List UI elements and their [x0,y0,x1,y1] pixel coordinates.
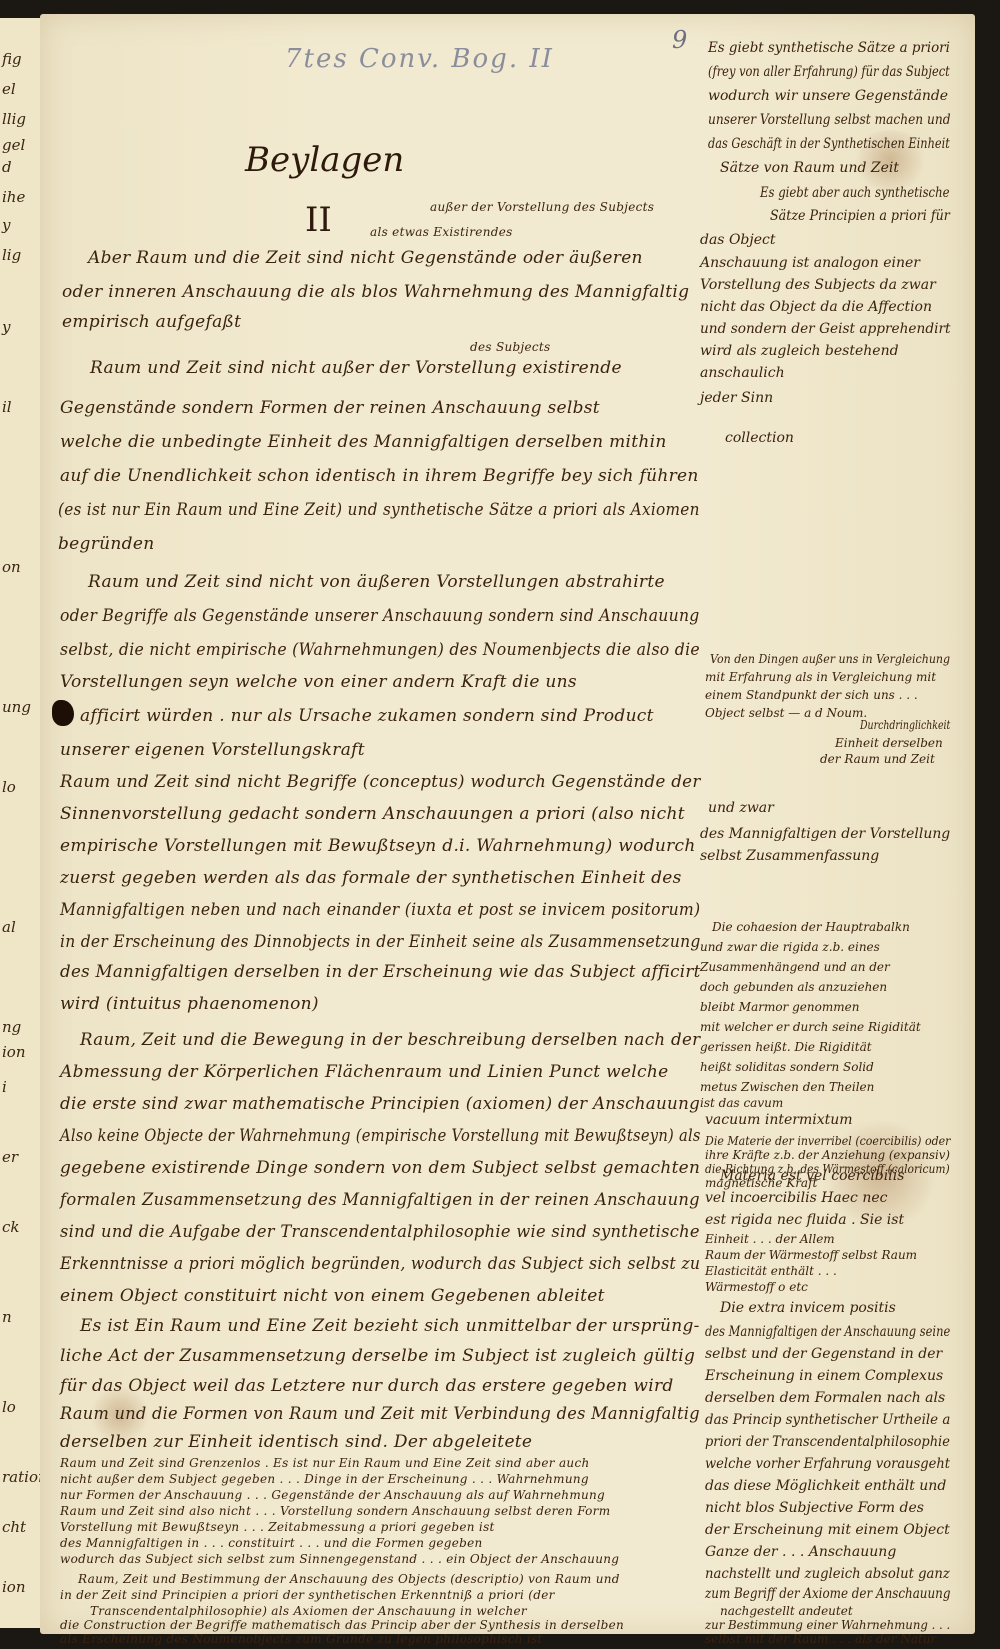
text-line: in der Zeit sind Principien a priori der… [60,1588,555,1602]
text-line: Aber Raum und die Zeit sind nicht Gegens… [88,248,643,268]
pencil-annotation: 7tes Conv. Bog. II [285,44,554,74]
text-line: Transcendentalphilosophie) als Axiomen d… [90,1604,527,1618]
text-line: Raum und die Formen von Raum und Zeit mi… [60,1404,700,1424]
margin-note: selbst Zusammenfassung [700,848,879,864]
margin-note: das diese Möglichkeit enthält und [705,1478,946,1494]
margin-note: (frey von aller Erfahrung) für das Subje… [708,64,950,80]
text-line: Raum und Zeit sind nicht außer der Vorst… [90,358,622,378]
text-line: begründen [58,534,154,554]
left-fragment: lo [2,778,16,796]
margin-note: einem Standpunkt der sich uns . . . [705,688,918,702]
text-line: Abmessung der Körperlichen Flächenraum u… [60,1062,668,1082]
left-fragment: ion [2,1578,26,1596]
left-fragment: d [2,158,12,176]
margin-note: est rigida nec fluida . Sie ist [705,1212,904,1228]
margin-note: des Mannigfaltigen der Vorstellung [700,826,950,842]
margin-note: zum Begriff der Axiome der Anschauung [705,1586,950,1602]
text-line: selbst, die nicht empirische (Wahrnehmun… [60,640,700,660]
left-fragment: i [2,1078,7,1096]
text-line: wird (intuitus phaenomenon) [60,994,319,1014]
margin-note: Durchdringlichkeit [860,718,950,732]
text-line: sind und die Aufgabe der Transcendentalp… [60,1222,700,1242]
margin-note: nicht blos Subjective Form des [705,1500,924,1516]
text-line: gegebene existirende Dinge sondern von d… [60,1158,700,1178]
text-line: als Erscheinung des Noumenobjects zum Gr… [60,1632,543,1646]
text-line: des Mannigfaltigen in . . . constituirt … [60,1536,483,1550]
left-fragment: ihe [2,188,25,206]
margin-note: unserer Vorstellung selbst machen und [708,112,951,128]
left-fragment: y [2,216,10,234]
left-fragment: el [2,80,16,98]
left-fragment: ung [2,698,31,716]
text-line: wodurch das Subject sich selbst zum Sinn… [60,1552,619,1566]
text-line: empirische Vorstellungen mit Bewußtseyn … [60,836,696,856]
margin-note: derselben dem Formalen nach als [705,1390,945,1406]
left-fragment: ng [2,1018,21,1036]
text-line: formalen Zusammensetzung des Mannigfalti… [60,1190,700,1210]
left-fragment: ion [2,1043,26,1061]
text-line: liche Act der Zusammensetzung derselbe i… [60,1346,695,1366]
text-line: Raum, Zeit und Bestimmung der Anschauung… [78,1572,620,1586]
ink-blot [52,700,74,726]
margin-note: Die cohaesion der Hauptrabalkn [712,920,910,934]
margin-note: gerissen heißt. Die Rigidität [700,1040,872,1054]
insertion: des Subjects [470,340,551,354]
left-fragment: ck [2,1218,20,1236]
text-line: Raum und Zeit sind also nicht . . . Vors… [60,1504,610,1518]
margin-note: vel incoercibilis Haec nec [705,1190,888,1206]
margin-note: das Object [700,232,775,248]
text-line: Sinnenvorstellung gedacht sondern Anscha… [60,804,685,824]
margin-note: Einheit . . . der Allem [705,1232,835,1246]
text-line: einem Object constituirt nicht von einem… [60,1286,605,1306]
margin-note: Die extra invicem positis [720,1300,896,1316]
left-fragment: al [2,918,16,936]
left-fragment: on [2,558,21,576]
text-line: Raum, Zeit und die Bewegung in der besch… [80,1030,700,1050]
margin-note: vacuum intermixtum [705,1112,853,1128]
margin-note: Vorstellung des Subjects da zwar [700,277,936,293]
left-fragment: er [2,1148,18,1166]
insertion: außer der Vorstellung des Subjects [430,200,654,214]
left-fragment: y [2,318,10,336]
margin-note: ist das cavum [700,1096,783,1110]
margin-note: Wärmestoff o etc [705,1280,808,1294]
text-line: Gegenstände sondern Formen der reinen An… [60,398,600,418]
margin-note: Zusammenhängend und an der [700,960,890,974]
text-line: Vorstellung mit Bewußtseyn . . . Zeitabm… [60,1520,495,1534]
margin-note: Erscheinung in einem Complexus [705,1368,943,1384]
margin-note: nachstellt und zugleich absolut ganz [705,1566,950,1582]
text-line: Also keine Objecte der Wahrnehmung (empi… [60,1126,701,1146]
facing-page-edge: fig el llig gel d ihe y lig y il on ung … [0,18,44,1628]
margin-note: metus Zwischen den Theilen [700,1080,874,1094]
margin-note: nicht das Object da die Affection [700,299,932,315]
margin-note: Die Materie der inverribel (coercibilis)… [705,1134,950,1148]
left-fragment: il [2,398,12,416]
margin-note: doch gebunden als anzuziehen [700,980,887,994]
text-line: welche die unbedingte Einheit des Mannig… [60,432,667,452]
folio-number: 9 [672,26,687,54]
left-fragment: n [2,1308,12,1326]
text-line: auf die Unendlichkeit schon identisch in… [60,466,699,486]
margin-note: Object selbst — a d Noum. [705,706,867,720]
text-line: die Construction der Begriffe mathematis… [60,1618,624,1632]
text-line: die erste sind zwar mathematische Princi… [60,1094,700,1114]
text-line: des Mannigfaltigen derselben in der Ersc… [60,962,701,982]
margin-note: der Erscheinung mit einem Object [705,1522,950,1538]
text-line: für das Object weil das Letztere nur dur… [60,1376,674,1396]
margin-note: das Princip synthetischer Urtheile a [705,1412,950,1428]
margin-note: und zwar die rigida z.b. eines [700,940,880,954]
text-line: oder inneren Anschauung die als blos Wah… [62,282,689,302]
margin-note: Anschauung ist analogon einer [700,255,920,271]
margin-note: Es giebt synthetische Sätze a priori [708,40,950,56]
text-line: nur Formen der Anschauung . . . Gegenstä… [60,1488,605,1502]
margin-note: Von den Dingen außer uns in Vergleichung [710,652,950,666]
text-line: oder Begriffe als Gegenstände unserer An… [60,606,700,626]
margin-note: das Geschäft in der Synthetischen Einhei… [708,136,950,152]
text-line: empirisch aufgefaßt [62,312,241,332]
margin-note: collection [725,430,794,446]
margin-note: Es giebt aber auch synthetische [760,185,950,201]
margin-note: welche vorher Erfahrung vorausgeht [705,1456,950,1472]
text-line: zuerst gegeben werden als das formale de… [60,868,682,888]
text-line: Es ist Ein Raum und Eine Zeit bezieht si… [80,1316,700,1336]
margin-note: und sondern der Geist apprehendirt [700,321,951,337]
margin-note: heißt soliditas sondern Solid [700,1060,874,1074]
text-line: (es ist nur Ein Raum und Eine Zeit) und … [58,500,700,520]
margin-note: ihre Kräfte z.b. der Anziehung (expansiv… [705,1148,950,1162]
margin-note: selbst und der Gegenstand in der [705,1346,942,1362]
margin-note: mit Erfahrung als in Vergleichung mit [705,670,936,684]
margin-note: jeder Sinn [700,390,773,406]
left-fragment: lo [2,1398,16,1416]
margin-note: wodurch wir unsere Gegenstände [708,88,948,104]
margin-note: priori der Transcendentalphilosophie [705,1434,950,1450]
margin-note: Sätze Principien a priori für [770,208,950,224]
text-line: Raum und Zeit sind nicht Begriffe (conce… [60,772,701,792]
text-line: derselben zur Einheit identisch sind. De… [60,1432,532,1452]
margin-note: Raum der Wärmestoff selbst Raum [705,1248,917,1262]
insertion: als etwas Existirendes [370,225,513,239]
margin-note: Sätze von Raum und Zeit [720,160,899,176]
margin-note: der Raum und Zeit [820,752,935,766]
margin-note: Elasticität enthält . . . [705,1264,837,1278]
left-fragment: gel [2,136,25,154]
margin-note: Materia est vel coercibilis [720,1168,904,1184]
text-line: Erkenntnisse a priori möglich begründen,… [60,1254,700,1274]
margin-note: selbst mit der Raum . . . als der Natur [705,1632,936,1646]
left-fragment: llig [2,110,26,128]
text-line: unserer eigenen Vorstellungskraft [60,740,365,760]
text-line: Raum und Zeit sind Grenzenlos . Es ist n… [60,1456,590,1470]
margin-note: zur Bestimmung einer Wahrnehmung . . . [705,1618,950,1632]
text-line: nicht außer dem Subject gegeben . . . Di… [60,1472,589,1486]
page-title: Beylagen [245,140,404,180]
left-fragment: fig [2,50,22,68]
text-line: Mannigfaltigen neben und nach einander (… [60,900,700,920]
text-line: in der Erscheinung des Dinnobjects in de… [60,932,701,952]
text-line: afficirt würden . nur als Ursache zukame… [80,706,654,726]
text-line: Vorstellungen seyn welche von einer ande… [60,672,577,692]
text-line: Raum und Zeit sind nicht von äußeren Vor… [88,572,665,592]
margin-note: Ganze der . . . Anschauung [705,1544,896,1560]
margin-note: des Mannigfaltigen der Anschauung seine [705,1324,950,1340]
section-numeral: II [305,200,332,240]
margin-note: mit welcher er durch seine Rigidität [700,1020,921,1034]
margin-note: bleibt Marmor genommen [700,1000,859,1014]
margin-note: anschaulich [700,365,785,381]
margin-note: und zwar [708,800,774,816]
margin-note: nachgestellt andeutet [720,1604,853,1618]
left-fragment: cht [2,1518,26,1536]
margin-note: wird als zugleich bestehend [700,343,899,359]
margin-note: Einheit derselben [835,736,943,750]
left-fragment: lig [2,246,21,264]
